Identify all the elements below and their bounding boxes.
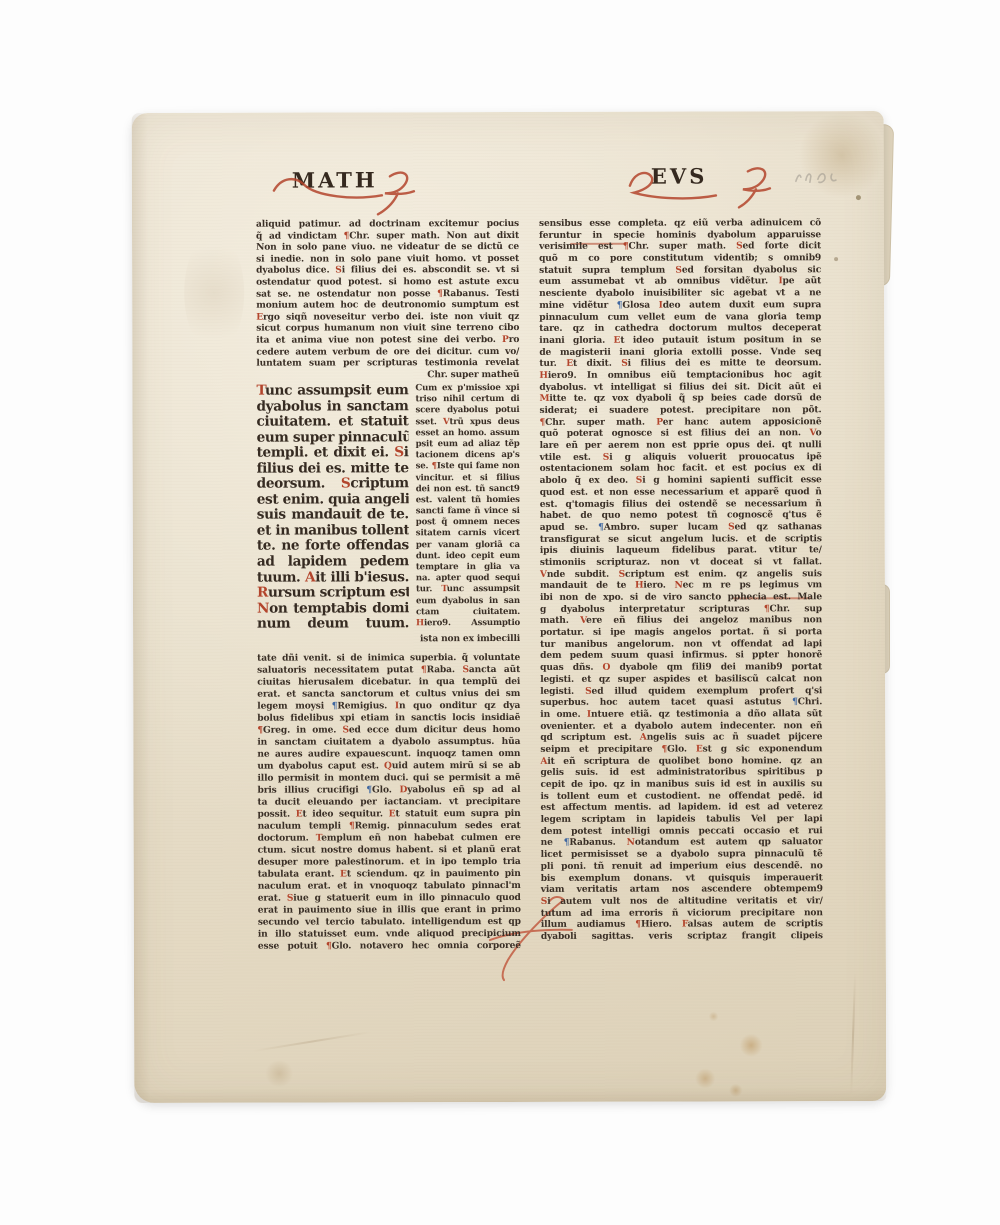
text-line: ostentacionem solam hoc facit. et est po… <box>540 463 822 475</box>
text-line: post q̃ omnem neces <box>416 517 520 528</box>
text-line: superbus. hoc autem tacet quasi astutus … <box>540 696 822 708</box>
lemma-and-gloss-row: Tunc assumpsit eumdyabolus in sanctamciu… <box>256 383 520 632</box>
text-line: bris illius crucifigi ¶Glo. Dyabolus eñ … <box>257 784 520 797</box>
text-line: habet. de quo nemo potest tñ cognoscẽ q'… <box>540 509 822 521</box>
text-line: est. valent tñ homies <box>416 495 520 506</box>
text-line: sicut corpus humanum non viuit sine terr… <box>256 322 519 334</box>
left-edge-shadow <box>132 113 151 1103</box>
text-line: verisimile est ¶Chr. super math. Sed for… <box>539 241 821 253</box>
text-line: abolo q̃ ex deo. Si g homini sapienti su… <box>540 474 822 486</box>
text-line: Hiero9. In omnibus eiũ temptacionibus ho… <box>539 369 821 381</box>
text-line: eum assumebat vt ab omnibus vidẽtur. Ipe… <box>539 276 821 288</box>
text-line: ¶Greg. in ome. Sed ecce dum dicitur deus… <box>257 724 520 737</box>
text-line: cepit de ipo. qz in manibus suis id est … <box>540 778 822 790</box>
text-line: doctorum. Templum eñ non habebat culmen … <box>258 832 521 845</box>
text-line: in sanctam ciuitatem a dyabolo assumptus… <box>257 736 520 749</box>
commentary-attribution: Chr. super matheũ <box>369 369 519 381</box>
text-line: ta ducit eleuando per iactanciam. vt pre… <box>257 796 520 809</box>
text-line: ne ¶Rabanus. Notandum est autem qp salua… <box>541 837 823 849</box>
text-line: ne aures audire expauescunt. inquoqz tam… <box>257 748 520 761</box>
text-line: quas dñs. O dyabole qm fili9 dei manib9 … <box>540 661 822 673</box>
text-line: monium autem hoc de deutronomio sumptum … <box>256 299 519 311</box>
text-line: scere dyabolus potui <box>415 405 519 416</box>
text-line: pli poni. tñ renuit ad imperium eius des… <box>541 860 823 872</box>
text-line: num deum tuum. <box>257 616 409 632</box>
text-line: g dyabolus interpretatur scripturas ¶Chr… <box>540 603 822 615</box>
text-line: feruntur in specie hominis dyabolum appa… <box>539 229 821 241</box>
text-line: dei non est. tñ sanct9 <box>416 484 520 495</box>
text-line: ctum. sicut nostre domus habent. si et p… <box>258 844 521 857</box>
text-line: sat se. ne ostendatur non posse ¶Rabanus… <box>256 288 519 300</box>
text-line: q̃ ad vindictam ¶Chr. super math. Non au… <box>256 230 519 242</box>
text-line: sancti fame ñ vince si <box>416 506 520 517</box>
text-line: naculum templi ¶Remig. pinnaculum sedes … <box>258 820 521 833</box>
text-line: apud se. ¶Ambro. super lucam Sed qz sath… <box>540 521 822 533</box>
text-line: possit. Et ideo sequitur. Et statuit eum… <box>258 808 521 821</box>
text-line: ostendatur quod potest. si homo est astu… <box>256 276 519 288</box>
text-line: ibi non de xpo. si de viro sancto ppheci… <box>540 591 822 603</box>
text-line: dyaboli sagittas. veris scriptaz frangit… <box>541 930 823 942</box>
commentary-bridge-line: ista non ex imbecilli <box>360 633 520 645</box>
text-line: per vanam gloriã ca <box>416 540 520 551</box>
text-line: dem potest intelligi omnis peccati occas… <box>541 825 823 837</box>
text-line: tate dñi venit. si de inimica superbia. … <box>257 652 520 665</box>
text-line: erat. Siue g statuerit eum in illo pinna… <box>258 892 521 905</box>
left-text-column: aliquid patimur. ad doctrinam excitemur … <box>256 112 522 1103</box>
text-line: inani gloria. Et ideo putauit istum posi… <box>539 334 821 346</box>
text-line: ad lapidem pedem <box>257 554 409 570</box>
text-line: triso nihil certum di <box>415 394 519 405</box>
stain <box>792 107 892 203</box>
text-line: et in manibus tollent <box>257 523 409 539</box>
text-line: sensibus esse completa. qz eiũ verba adi… <box>539 217 821 229</box>
text-line: quõ poterat ognosce si est filius dei an… <box>540 428 822 440</box>
text-line: te. ne forte offendas <box>257 539 409 555</box>
commentary-paragraph: tate dñi venit. si de inimica superbia. … <box>257 652 521 953</box>
text-line: est affectum mentis. ad lapidem. id est … <box>541 802 823 814</box>
incunable-leaf: MATH EVS <box>132 111 887 1103</box>
text-line: vincitur. et si filius <box>416 472 520 483</box>
text-line: psit eum ad aliaz tẽp <box>416 439 520 450</box>
commentary-paragraph: aliquid patimur. ad doctrinam excitemur … <box>256 218 519 369</box>
text-line: qd scriptum est. Angelis suis ac ñ suade… <box>540 731 822 743</box>
text-line: sitatem carnis vicert <box>416 528 520 539</box>
text-line: gelis suis. id est administratoribus spi… <box>540 766 822 778</box>
text-line: erat in pauimento siue in illis que eran… <box>258 904 521 917</box>
text-line: mandauit de te Hiero. Nec m re ps legimu… <box>540 579 822 591</box>
text-line: viam veritatis artam nos ascendere obtem… <box>541 883 823 895</box>
right-text-column: sensibus esse completa. qz eiũ verba adi… <box>539 217 823 942</box>
text-line: Vnde subdit. Scriptum est enim. qz angel… <box>540 568 822 580</box>
text-line: ciuitas hierusalem dicebatur. in qua tem… <box>257 676 520 689</box>
text-line: in illo statuisset eum. vnde aliquod pre… <box>258 928 521 941</box>
text-line: templi. et dixit ei. Si <box>257 445 409 461</box>
text-line: quod est. et non esse necessarium et app… <box>540 486 822 498</box>
text-line: siderat; ei suadere potest. precipitare … <box>539 404 821 416</box>
text-line: legisti. Sed illud quidem exemplum profe… <box>540 685 822 697</box>
text-line: Non temptabis domi <box>257 601 409 617</box>
text-line: is tollent eum et custodient. ne offenda… <box>540 790 822 802</box>
text-line: secundo vel tercio tabulato. intelligend… <box>258 916 521 929</box>
text-line: naculum erat. et in vnoquoqz tabulato pi… <box>258 880 521 893</box>
text-line: um dyabolus caput est. Quid autem mirũ s… <box>257 760 520 773</box>
text-line: eum super pinnaculũ <box>257 430 409 446</box>
text-line: Ait eñ scriptura de quolibet bono homine… <box>540 755 822 767</box>
text-line: Non in solo pane viuo. ne videatur de se… <box>256 241 519 253</box>
text-line: Hiero9. Assumptio <box>416 618 520 629</box>
text-line: Si autem vult nos de altitudine veritati… <box>541 895 823 907</box>
text-line: tacionem dicens ap's <box>416 450 520 461</box>
text-line: sset. Vtrũ xpus deus <box>416 417 520 428</box>
text-line: pinnaculum cum vellet eum de vana gloria… <box>539 311 821 323</box>
text-line: esse potuit ¶Glo. notavero hec omnia cor… <box>258 940 521 953</box>
foxing-spot <box>728 1083 743 1097</box>
text-line: mine vidẽtur ¶Glosa Ideo autem duxit eum… <box>539 299 821 311</box>
text-line: temptare in glia va <box>416 562 520 573</box>
text-line: se. ¶Iste qui fame non <box>416 461 520 472</box>
text-line: Tunc assumpsit eum <box>256 383 408 399</box>
text-line: transfigurat se sicut angelum lucis. et … <box>540 533 822 545</box>
text-line: suis mandauit de te. <box>257 508 409 524</box>
text-line: in ome. Intuere etiã. qz testimonia a dñ… <box>540 708 822 720</box>
text-line: statuit supra templum Sed forsitan dyabo… <box>539 264 821 276</box>
text-line: dyabolus dice. Si filius dei es. abscond… <box>256 264 519 276</box>
text-line: licet permisisset se a dyabolo supra pin… <box>541 848 823 860</box>
text-line: Ergo siqñ noveseitur verbo dei. iste non… <box>256 311 519 323</box>
text-line: ipis diuinis laqueum fidelibus parat. vt… <box>540 544 822 556</box>
text-line: nesciente dyabolo inuisibiliter sic ageb… <box>539 287 821 299</box>
text-line: tare. qz in cathedra doctorum multos dec… <box>539 322 821 334</box>
text-line: desuper more palestinorum. et in ipo tem… <box>258 856 521 869</box>
text-line: tur. Tunc assumpsit <box>416 584 520 595</box>
marginal-gloss-column: Cum ex p'missioe xpitriso nihil certum d… <box>415 383 520 632</box>
text-line: dyabolus in sanctam <box>256 399 408 415</box>
text-line: dunt. ideo cepit eum <box>416 551 520 562</box>
text-line: luntatem suam per scripturas testimonia … <box>256 357 519 369</box>
text-line: esset an homo. assum <box>416 428 520 439</box>
text-line: na. apter quod sequi <box>416 573 520 584</box>
text-line: legisti. et qz super aspides et basilisc… <box>540 673 822 685</box>
text-line: quõ m co pore constitutum videntib; s om… <box>539 252 821 264</box>
text-line: Mitte te. qz vox dyaboli q̃ sp beies cad… <box>539 392 821 404</box>
text-line: stimoniis scripturaz. non vt doceat si v… <box>540 556 822 568</box>
text-line: math. Vere eñ filius dei angeloz manibus… <box>540 615 822 627</box>
text-line: portatur. si ipe magis angelos portat. ñ… <box>540 626 822 638</box>
text-line: erat. et sancta sanctorum et cultus vniu… <box>257 688 520 701</box>
text-line: dyabolus. vt intelligat si filius dei si… <box>539 381 821 393</box>
text-line: ciuitatem. et statuit <box>256 414 408 430</box>
stain <box>834 257 838 261</box>
text-line: est. q'tomagis filius dei ostendẽ se nec… <box>540 498 822 510</box>
running-title-right: EVS <box>651 164 708 188</box>
text-line: lare eñ per aerem non est pprie opus dei… <box>540 439 822 451</box>
text-line: filius dei es. mitte te <box>257 461 409 477</box>
text-line: vtile est. Si g aliquis voluerit prouoca… <box>540 451 822 463</box>
foxing-spot <box>708 1011 719 1021</box>
text-line: ita et anima viue non potest sine dei ve… <box>256 334 519 346</box>
text-line: ista non ex imbecilli <box>360 633 520 645</box>
text-line: illum audiamus ¶Hiero. Falsas autem de s… <box>541 918 823 930</box>
text-line: ovenienter. et a dyabolo autem indecente… <box>540 720 822 732</box>
text-line: de magisterii inani gloria extolli posse… <box>539 346 821 358</box>
text-line: bis exemplum donans. vt quisquis imperau… <box>541 872 823 884</box>
text-line: tur manibus angelorum. non vt offendat a… <box>540 638 822 650</box>
text-line: Cum ex p'missioe xpi <box>415 383 519 394</box>
foxing-spot <box>694 1067 716 1089</box>
stain <box>184 233 244 353</box>
text-line: legem moysi ¶Remigius. In quo onditur qz… <box>257 700 520 713</box>
text-line: saluatoris necessitatem putat ¶Raba. San… <box>257 664 520 677</box>
text-line: illo permisit in montem duci. qui se per… <box>257 772 520 785</box>
text-line: tabulata erant. Et sciendum. qz in pauim… <box>258 868 521 881</box>
photo-background: MATH EVS <box>0 0 1000 1225</box>
text-line: aliquid patimur. ad doctrinam excitemur … <box>256 218 519 230</box>
text-line: ctam ciuitatem. <box>416 607 520 618</box>
text-line: Rursum scriptum est <box>257 585 409 601</box>
stain <box>856 195 861 200</box>
text-line: deorsum. Scriptum <box>257 477 409 493</box>
foxing-spot <box>738 1033 764 1057</box>
text-line: tuum. Ait illi b'iesus. <box>257 570 409 586</box>
text-line: Chr. super matheũ <box>369 369 519 381</box>
text-line: legem scriptam in lapideis tabulis Vel p… <box>541 813 823 825</box>
text-line: si inedie. non in solo pane viuit homo. … <box>256 253 519 265</box>
text-line: tutum ad ima erroris ñ viciorum precipit… <box>541 907 823 919</box>
text-line: bolus fidelibus xpi etiam in sanctis loc… <box>257 712 520 725</box>
text-line: dem pedem suum quasi infirmus. si ppter … <box>540 650 822 662</box>
text-line: est enim. quia angelis <box>257 492 409 508</box>
text-line: cedere autem verbum de ore dei dicitur. … <box>256 346 519 358</box>
text-line: tur. Et dixit. Si filius dei es mitte te… <box>539 357 821 369</box>
text-line: eum dyabolus in san <box>416 596 520 607</box>
text-line: seipm et precipitare ¶Glo. Est g sic exp… <box>540 743 822 755</box>
gospel-lemma-block: Tunc assumpsit eumdyabolus in sanctamciu… <box>256 383 409 632</box>
text-line: ¶Chr. super math. Per hanc autem apposic… <box>540 416 822 428</box>
